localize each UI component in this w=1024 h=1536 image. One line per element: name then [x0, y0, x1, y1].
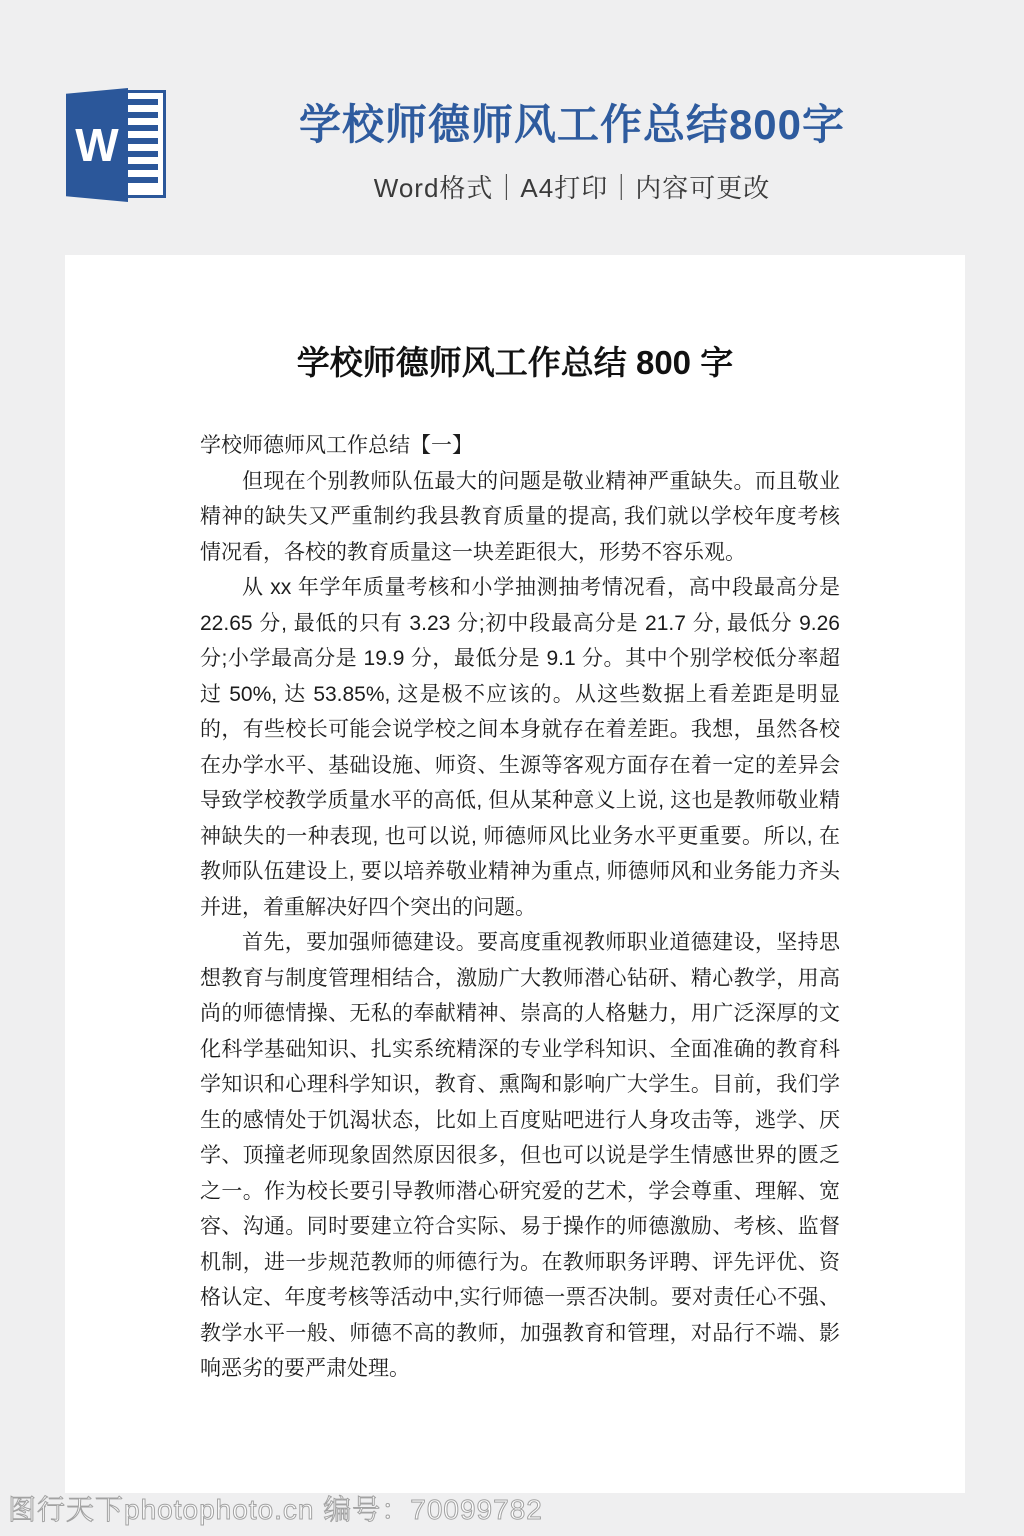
paragraph-heading: 学校师德师风工作总结【一】 [200, 428, 840, 464]
header-title: 学校师德师风工作总结800字 [178, 92, 966, 152]
header-subtitle: Word格式｜A4打印｜内容可更改 [178, 168, 966, 205]
paragraph: 从 xx 年学年质量考核和小学抽测抽考情况看，高中段最高分是 22.65 分, … [200, 570, 840, 925]
document-sheet: 学校师德师风工作总结 800 字 学校师德师风工作总结【一】 但现在个别教师队伍… [65, 255, 965, 1493]
paragraph: 但现在个别教师队伍最大的问题是敬业精神严重缺失。而且敬业精神的缺失又严重制约我县… [200, 464, 840, 571]
site-watermark: 图行天下photophoto.cn 编号：70099782 [8, 1488, 543, 1528]
word-icon-letter: W [75, 122, 118, 168]
word-icon: W [66, 88, 166, 202]
paragraph: 首先，要加强师德建设。要高度重视教师职业道德建设，坚持思想教育与制度管理相结合，… [200, 925, 840, 1387]
document-title: 学校师德师风工作总结 800 字 [65, 337, 965, 384]
page-header: W 学校师德师风工作总结800字 Word格式｜A4打印｜内容可更改 [0, 0, 1024, 255]
header-text-block: 学校师德师风工作总结800字 Word格式｜A4打印｜内容可更改 [178, 92, 966, 205]
word-icon-page-lines [128, 99, 158, 189]
document-body: 学校师德师风工作总结【一】 但现在个别教师队伍最大的问题是敬业精神严重缺失。而且… [200, 428, 840, 1387]
word-icon-flag: W [66, 88, 128, 202]
